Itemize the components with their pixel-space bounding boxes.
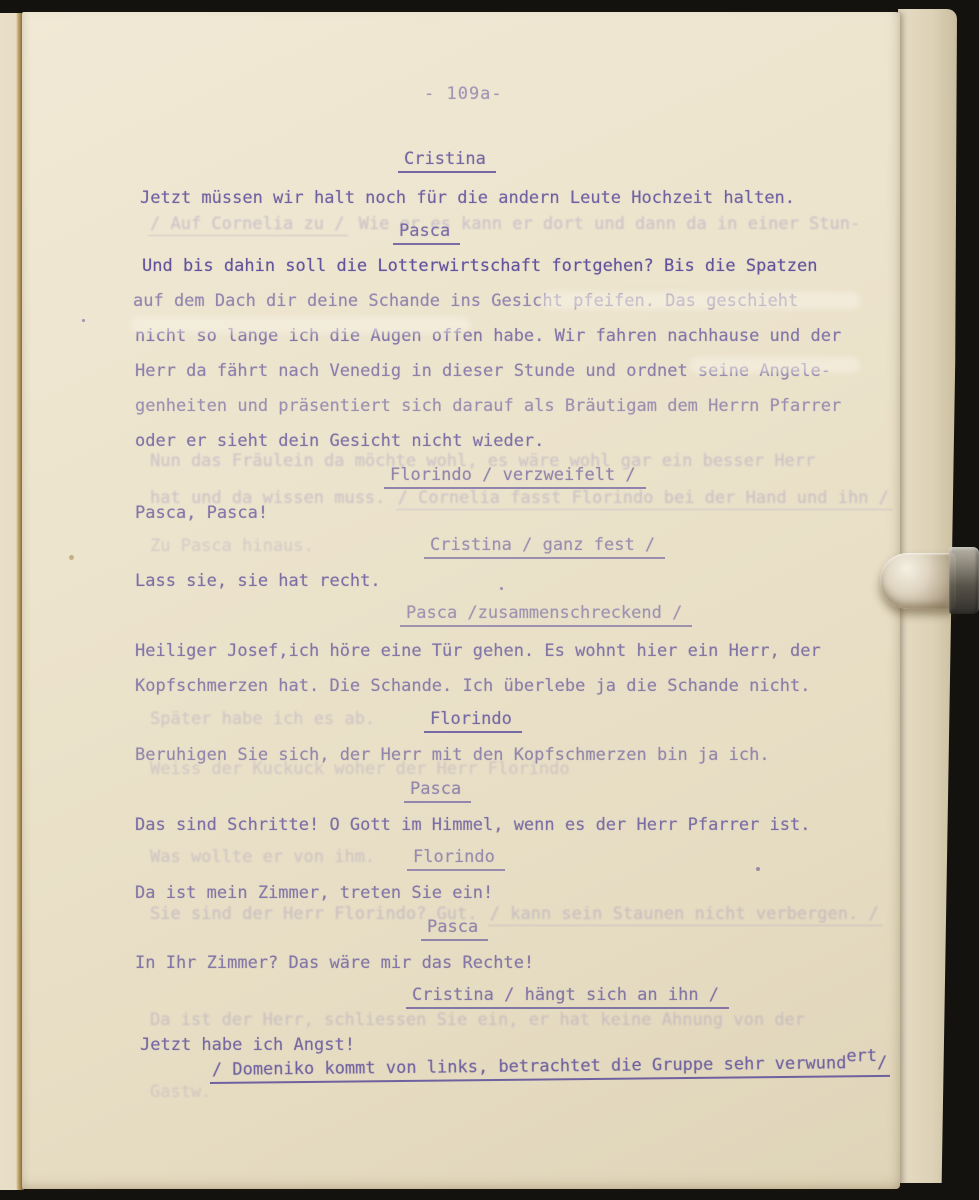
heading-text: Pasca [399, 221, 450, 241]
ghost-text: Was wollte er von ihm. [150, 847, 375, 867]
dialogue-line: Heiliger Josef,ich höre eine Tür gehen. … [135, 643, 821, 660]
ghost-line: / Auf Cornelia zu / Wie er es kann er do… [148, 216, 860, 233]
dialogue-text: Heiliger Josef,ich höre eine Tür gehen. … [135, 641, 821, 661]
dialogue-line: Da ist mein Zimmer, treten Sie ein! [135, 885, 493, 902]
ghost-text: / Cornelia fasst Florindo bei der Hand u… [396, 488, 893, 510]
ghost-line: Später habe ich es ab. [150, 711, 375, 728]
ink-speck [82, 319, 85, 322]
ghost-line: Gastw. [150, 1084, 211, 1101]
dialogue-text: oder er sieht dein Gesicht nicht wieder. [135, 431, 544, 451]
scanned-typescript-scan: { "colors":{"ink":"#5b4c9b","ghost_ink":… [0, 0, 979, 1200]
heading-line: Pasca [404, 781, 471, 798]
dialogue-line: Und bis dahin soll die Lotterwirtschaft … [142, 258, 818, 275]
dialogue-text: In Ihr Zimmer? Das wäre mir das Rechte! [135, 953, 534, 973]
ghost-line: Sie sind der Herr Florindo? Gut. / kann … [150, 906, 883, 923]
stage-text: / Domeniko kommt von links, betrachtet d… [212, 1053, 847, 1080]
stage-line: / Domeniko kommt von links, betrachtet d… [210, 1055, 890, 1084]
heading-text: Florindo / verzweifelt / [390, 465, 636, 485]
erasure-smear [540, 292, 860, 309]
ghost-text: Zu Pasca hinaus. [150, 536, 314, 556]
ink-speck [756, 867, 760, 871]
heading-text: Cristina [404, 149, 486, 169]
dialogue-line: genheiten und präsentiert sich darauf al… [135, 398, 841, 415]
binder-clip [878, 544, 979, 620]
heading-text: Florindo [430, 709, 512, 729]
ghost-line: Was wollte er von ihm. [150, 849, 375, 866]
stage-text: ert [846, 1046, 877, 1066]
heading-line: Pasca [421, 919, 488, 936]
dialogue-line: Kopfschmerzen hat. Die Schande. Ich über… [135, 678, 811, 695]
page-number: - 109a- [424, 84, 503, 104]
dialogue-text: genheiten und präsentiert sich darauf al… [135, 396, 841, 416]
binder-clip-body [880, 553, 956, 609]
heading-text: Pasca [427, 917, 478, 937]
dialogue-text: Pasca, Pasca! [135, 503, 268, 523]
heading-line: Florindo [424, 711, 522, 728]
dialogue-line: Jetzt habe ich Angst! [140, 1037, 355, 1054]
dialogue-text: Das sind Schritte! O Gott im Himmel, wen… [135, 815, 811, 835]
ghost-text: / kann sein Staunen nicht verbergen. / [488, 904, 883, 926]
ghost-text: Gastw. [150, 1082, 211, 1102]
ghost-line: Da ist der Herr, schliessen Sie ein, er … [150, 1012, 805, 1029]
heading-text: Florindo [413, 847, 495, 867]
dialogue-text: Da ist mein Zimmer, treten Sie ein! [135, 883, 493, 903]
erasure-smear [690, 357, 860, 373]
dialogue-text: Und bis dahin soll die Lotterwirtschaft … [142, 256, 818, 276]
heading-line: Cristina [398, 151, 496, 168]
dialogue-line: oder er sieht dein Gesicht nicht wieder. [135, 433, 544, 450]
dialogue-text: Jetzt habe ich Angst! [140, 1035, 355, 1055]
heading-line: Pasca /zusammenschreckend / [400, 605, 692, 622]
stage-text: / [877, 1053, 887, 1073]
dialogue-line: Beruhigen Sie sich, der Herr mit den Kop… [135, 747, 770, 764]
erasure-smear [130, 317, 470, 333]
paper-stain [69, 555, 74, 560]
heading-line: Pasca [393, 223, 460, 240]
binder-clip-cap [949, 547, 979, 614]
heading-line: Florindo / verzweifelt / [384, 467, 646, 484]
dialogue-line: Jetzt müssen wir halt noch für die ander… [140, 190, 795, 207]
page-text-layer: - 109a- / Auf Cornelia zu / Wie er es ka… [0, 0, 979, 1200]
ink-speck [500, 587, 503, 590]
heading-text: Cristina / ganz fest / [430, 535, 655, 555]
heading-line: Florindo [407, 849, 505, 866]
dialogue-text: Lass sie, sie hat recht. [135, 571, 381, 591]
dialogue-line: In Ihr Zimmer? Das wäre mir das Rechte! [135, 955, 534, 972]
dialogue-text: Beruhigen Sie sich, der Herr mit den Kop… [135, 745, 770, 765]
ghost-text: Später habe ich es ab. [150, 709, 375, 729]
dialogue-text: Jetzt müssen wir halt noch für die ander… [140, 188, 795, 208]
dialogue-line: Pasca, Pasca! [135, 505, 268, 522]
heading-text: Pasca /zusammenschreckend / [406, 603, 682, 623]
heading-text: Cristina / hängt sich an ihn / [412, 985, 719, 1005]
heading-line: Cristina / hängt sich an ihn / [406, 987, 729, 1004]
ghost-text: Da ist der Herr, schliessen Sie ein, er … [150, 1010, 805, 1030]
heading-text: Pasca [410, 779, 461, 799]
dialogue-text: Kopfschmerzen hat. Die Schande. Ich über… [135, 676, 811, 696]
heading-line: Cristina / ganz fest / [424, 537, 665, 554]
dialogue-line: Das sind Schritte! O Gott im Himmel, wen… [135, 817, 811, 834]
dialogue-line: Lass sie, sie hat recht. [135, 573, 381, 590]
ghost-text: / Auf Cornelia zu / [148, 214, 348, 236]
ghost-line: Zu Pasca hinaus. [150, 538, 314, 555]
